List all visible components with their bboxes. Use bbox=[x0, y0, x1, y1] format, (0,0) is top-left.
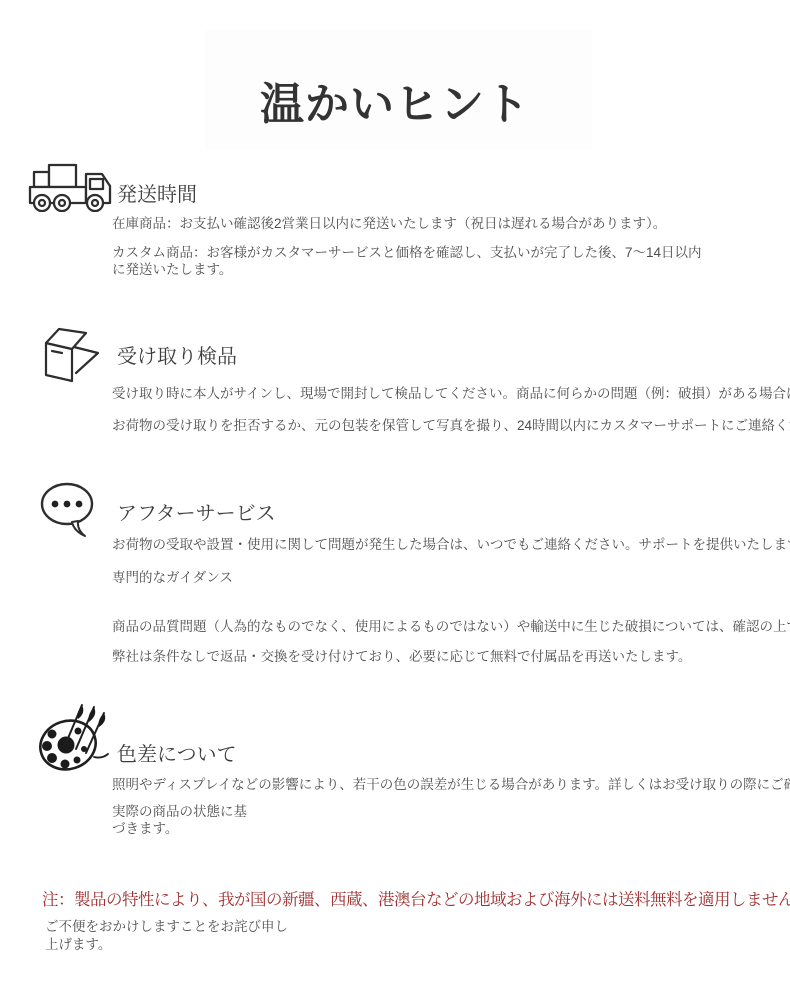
page-title: 温かいヒント bbox=[0, 68, 790, 132]
after-service-guidance-text: 専門的なガイダンス bbox=[112, 569, 233, 586]
shipping-heading: 発送時間 bbox=[117, 178, 197, 207]
shipping-custom-text: カスタム商品：お客様がカスタマーサービスと価格を確認し、支払いが完了した後、7～… bbox=[112, 244, 702, 278]
palette-icon bbox=[38, 703, 116, 773]
color-actual-product-text: 実際の商品の状態に基づきます。 bbox=[112, 803, 247, 837]
chat-bubble-icon bbox=[40, 481, 100, 537]
box-icon bbox=[40, 322, 110, 386]
inspection-heading: 受け取り検品 bbox=[117, 340, 237, 369]
after-service-heading: アフターサービス bbox=[117, 497, 276, 526]
color-difference-text: 照明やディスプレイなどの影響により、若干の色の誤差が生じる場合があります。詳しく… bbox=[112, 776, 790, 793]
truck-icon bbox=[28, 160, 116, 212]
shipping-stock-text: 在庫商品：お支払い確認後2営業日以内に発送いたします（祝日は遅れる場合があります… bbox=[112, 215, 666, 232]
apology-text: ご不便をおかけしますことをお詫び申し上げます。 bbox=[45, 918, 288, 953]
color-difference-heading: 色差について bbox=[117, 738, 237, 767]
after-service-quality-text: 商品の品質問題（人為的なものでなく、使用によるものではない）や輸送中に生じた破損… bbox=[112, 612, 790, 672]
after-service-contact-text: お荷物の受取や設置・使用に関して問題が発生した場合は、いつでもご連絡ください。サ… bbox=[112, 536, 790, 553]
inspection-text: 受け取り時に本人がサインし、現場で開封して検品してください。商品に何らかの問題（… bbox=[112, 378, 790, 442]
warm-hints-page: 温かいヒント 発送時間 在庫商品：お支払い確認後2営業日以内に発送いたします（祝… bbox=[0, 0, 790, 998]
shipping-restriction-note: 注：製品の特性により、我が国の新疆、西蔵、港澳台などの地域および海外には送料無料… bbox=[42, 886, 790, 910]
